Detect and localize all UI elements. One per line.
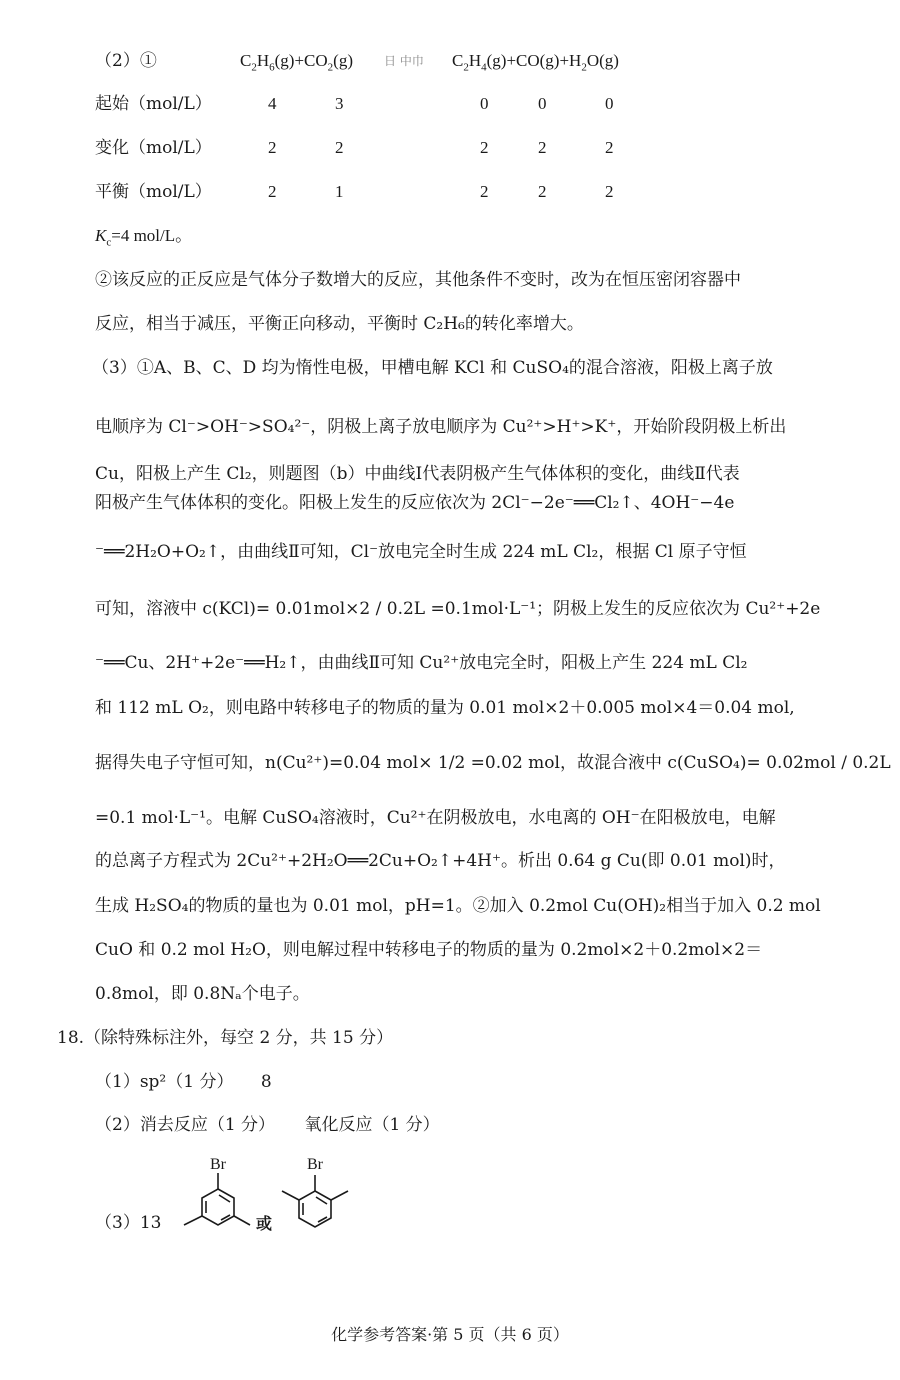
part3-line: =0.1 mol·L⁻¹。电解 CuSO₄溶液时，Cu²⁺在阴极放电，水电离的 … [95, 807, 776, 829]
kc-value: Kc=4 mol/L。 [95, 225, 192, 247]
cell: 2 [605, 137, 614, 159]
cell: 2 [605, 181, 614, 203]
cell: 2 [335, 137, 344, 159]
q18-p3-label: （3）13 [95, 1212, 161, 1234]
cell: 1 [335, 181, 344, 203]
row-label-initial: 起始（mol/L） [95, 93, 212, 115]
part3-line: Cu，阳极上产生 Cl₂，则题图（b）中曲线Ⅰ代表阴极产生气体体积的变化，曲线Ⅱ… [95, 463, 740, 485]
br-label: Br [210, 1156, 227, 1173]
q18-p1: （1）sp²（1 分） 8 [95, 1071, 272, 1093]
cell: 2 [268, 137, 277, 159]
cell: 2 [480, 137, 489, 159]
part2-point2-line2: 反应，相当于减压，平衡正向移动，平衡时 C₂H₆的转化率增大。 [95, 313, 584, 335]
cell: 2 [268, 181, 277, 203]
part3-line: 据得失电子守恒可知，n(Cu²⁺)=0.04 mol× 1/2 =0.02 mo… [95, 752, 891, 774]
cell: 0 [538, 93, 547, 115]
part3-line: ⁻══Cu、2H⁺+2e⁻══H₂↑，由曲线Ⅱ可知 Cu²⁺放电完全时，阳极上产… [95, 652, 748, 674]
equation-left: C2H6(g)+CO2(g) [240, 50, 353, 72]
q18-header: 18.（除特殊标注外，每空 2 分，共 15 分） [57, 1027, 393, 1049]
row-label-equilibrium: 平衡（mol/L） [95, 181, 212, 203]
part3-line: 和 112 mL O₂，则电路中转移电子的物质的量为 0.01 mol×2＋0.… [95, 697, 795, 719]
cell: 3 [335, 93, 344, 115]
part3-line: 0.8mol，即 0.8Nₐ个电子。 [95, 983, 310, 1005]
part3-line: CuO 和 0.2 mol H₂O，则电解过程中转移电子的物质的量为 0.2mo… [95, 939, 762, 961]
ortho-dimethyl-bromobenzene [282, 1175, 348, 1227]
meta-dimethyl-bromobenzene [184, 1173, 250, 1225]
part3-line: 电顺序为 Cl⁻>OH⁻>SO₄²⁻，阴极上离子放电顺序为 Cu²⁺>H⁺>K⁺… [95, 416, 786, 438]
cell: 2 [538, 181, 547, 203]
or-label: 或 [256, 1214, 272, 1233]
row-label-change: 变化（mol/L） [95, 137, 212, 159]
part3-line: ⁻══2H₂O+O₂↑，由曲线Ⅱ可知，Cl⁻放电完全时生成 224 mL Cl₂… [95, 541, 747, 563]
cell: 0 [605, 93, 614, 115]
part3-line: 生成 H₂SO₄的物质的量也为 0.01 mol，pH=1。②加入 0.2mol… [95, 895, 821, 917]
part3-line: 阳极产生气体体积的变化。阳极上发生的反应依次为 2Cl⁻−2e⁻══Cl₂↑、4… [95, 492, 734, 514]
q18-p2: （2）消去反应（1 分） 氧化反应（1 分） [95, 1114, 440, 1136]
structure-diagrams: Br 或 Br [170, 1145, 370, 1245]
cell: 0 [480, 93, 489, 115]
equation-right: C2H4(g)+CO(g)+H2O(g) [452, 50, 619, 72]
cell: 2 [480, 181, 489, 203]
part3-line: 的总离子方程式为 2Cu²⁺+2H₂O══2Cu+O₂↑+4H⁺。析出 0.64… [95, 850, 786, 872]
br-label: Br [307, 1156, 324, 1173]
part2-point2-line1: ②该反应的正反应是气体分子数增大的反应，其他条件不变时，改为在恒压密闭容器中 [95, 269, 741, 291]
part2-label: （2）① [95, 50, 157, 72]
cell: 2 [538, 137, 547, 159]
part3-line: 可知，溶液中 c(KCl)= 0.01mol×2 / 0.2L =0.1mol·… [95, 598, 820, 620]
reversible-arrow-icon: 日 中巾 [384, 50, 424, 72]
page-footer: 化学参考答案·第 5 页（共 6 页） [0, 1322, 900, 1345]
part3-line: （3）①A、B、C、D 均为惰性电极，甲槽电解 KCl 和 CuSO₄的混合溶液… [92, 357, 773, 379]
cell: 4 [268, 93, 277, 115]
